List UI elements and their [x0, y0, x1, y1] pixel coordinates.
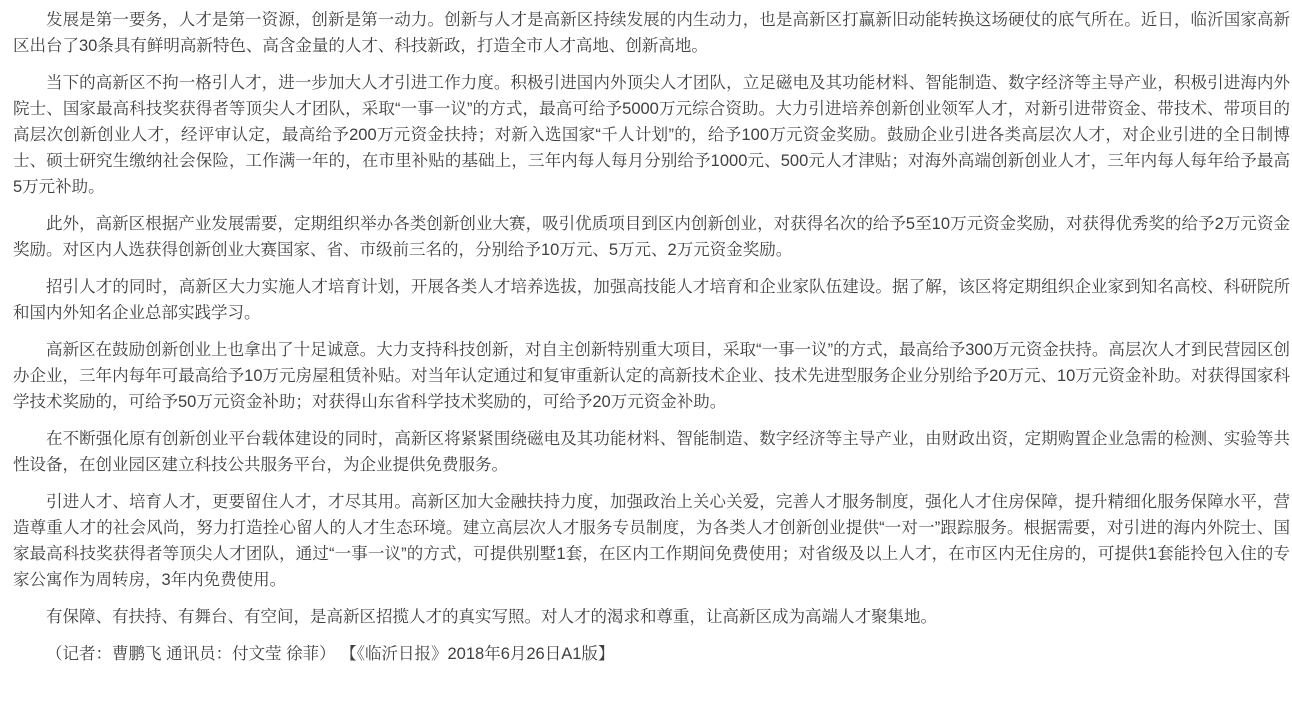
article-byline: （记者：曹鹏飞 通讯员：付文莹 徐菲） 【《临沂日报》2018年6月26日A1版… — [13, 641, 1290, 667]
article-body: 发展是第一要务，人才是第一资源，创新是第一动力。创新与人才是高新区持续发展的内生… — [0, 0, 1292, 667]
article-paragraph-talent-recruitment: 当下的高新区不拘一格引人才，进一步加大人才引进工作力度。积极引进国内外顶尖人才团… — [13, 70, 1290, 200]
article-paragraph-closing: 有保障、有扶持、有舞台、有空间，是高新区招揽人才的真实写照。对人才的渴求和尊重，… — [13, 604, 1290, 630]
article-paragraph-training: 招引人才的同时，高新区大力实施人才培育计划，开展各类人才培养选拔，加强高技能人才… — [13, 274, 1290, 326]
article-paragraph-intro: 发展是第一要务，人才是第一资源，创新是第一动力。创新与人才是高新区持续发展的内生… — [13, 7, 1290, 59]
article-paragraph-innovation-support: 高新区在鼓励创新创业上也拿出了十足诚意。大力支持科技创新，对自主创新特别重大项目… — [13, 337, 1290, 415]
article-paragraph-competitions: 此外，高新区根据产业发展需要，定期组织举办各类创新创业大赛，吸引优质项目到区内创… — [13, 211, 1290, 263]
article-paragraph-platform: 在不断强化原有创新创业平台载体建设的同时，高新区将紧紧围绕磁电及其功能材料、智能… — [13, 426, 1290, 478]
article-paragraph-retention: 引进人才、培育人才，更要留住人才，才尽其用。高新区加大金融扶持力度，加强政治上关… — [13, 489, 1290, 593]
